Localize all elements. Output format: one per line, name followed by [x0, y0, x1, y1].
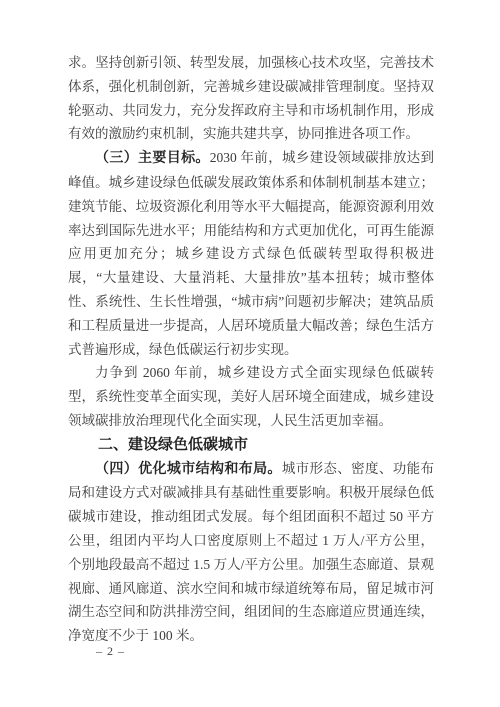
paragraph-main-goals-lead: （三）主要目标。: [95, 151, 210, 166]
paragraph-main-goals: （三）主要目标。2030 年前，城乡建设领域碳排放达到峰值。城乡建设绿色低碳发展…: [68, 146, 434, 361]
paragraph-city-structure-lead: （四）优化城市结构和布局。: [95, 462, 282, 477]
paragraph-2060-goal: 力争到 2060 年前，城乡建设方式全面实现绿色低碳转型，系统性变革全面实现，美…: [68, 361, 434, 432]
paragraph-city-structure-text: 城市形态、密度、功能布局和建设方式对碳减排具有基础性重要影响。积极开展绿色低碳城…: [68, 461, 434, 644]
document-body: 求。坚持创新引领、转型发展，加强核心技术攻坚，完善技术体系，强化机制创新，完善城…: [68, 51, 434, 648]
page-number: – 2 –: [96, 644, 125, 659]
paragraph-main-goals-text: 2030 年前，城乡建设领域碳排放达到峰值。城乡建设绿色低碳发展政策体系和体制机…: [68, 150, 434, 356]
document-page: 求。坚持创新引领、转型发展，加强核心技术攻坚，完善技术体系，强化机制创新，完善城…: [0, 0, 500, 707]
paragraph-city-structure: （四）优化城市结构和布局。城市形态、密度、功能布局和建设方式对碳减排具有基础性重…: [68, 457, 434, 648]
section-heading-green-city: 二、建设绿色低碳城市: [68, 433, 434, 457]
paragraph-continuation: 求。坚持创新引领、转型发展，加强核心技术攻坚，完善技术体系，强化机制创新，完善城…: [68, 51, 434, 146]
